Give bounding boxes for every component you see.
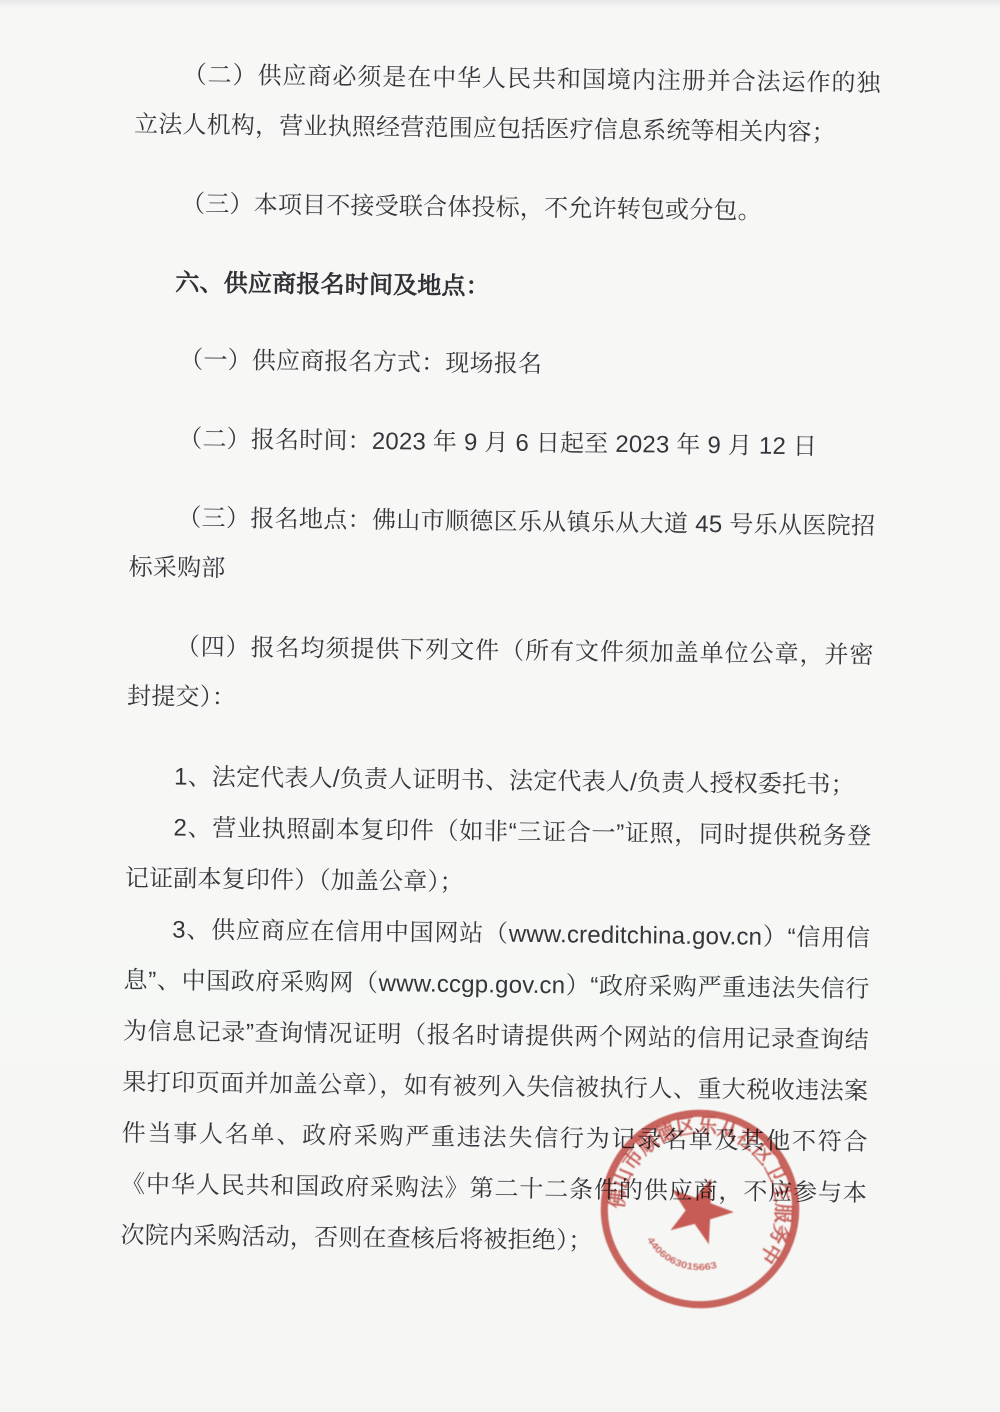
paragraph-registration-time: （二）报名时间：2023 年 9 月 6 日起至 2023 年 9 月 12 日: [130, 414, 877, 473]
section-heading-six: 六、供应商报名时间及地点：: [132, 258, 879, 317]
list-item-legal-representative: 1、法定代表人/负责人证明书、法定代表人/负责人授权委托书；: [126, 751, 873, 811]
paragraph-supplier-registration-requirement: （二）供应商必须是在中华人民共和国境内注册并合法运作的独立法人机构，营业执照经营…: [134, 50, 881, 159]
paragraph-documents-required: （四）报名均须提供下列文件（所有文件须加盖单位公章，并密封提交）：: [127, 622, 874, 731]
paragraph-no-consortium-bidding: （三）本项目不接受联合体投标，不允许转包或分包。: [133, 179, 880, 238]
list-item-business-license: 2、营业执照副本复印件（如非“三证合一”证照，同时提供税务登记证副本复印件）（加…: [125, 802, 872, 913]
paragraph-registration-method: （一）供应商报名方式：现场报名: [131, 335, 878, 394]
document-body: （二）供应商必须是在中华人民共和国境内注册并合法运作的独立法人机构，营业执照经营…: [120, 50, 881, 1270]
list-item-credit-record: 3、供应商应在信用中国网站（www.creditchina.gov.cn）“信用…: [120, 904, 870, 1270]
document-list: 1、法定代表人/负责人证明书、法定代表人/负责人授权委托书； 2、营业执照副本复…: [120, 751, 872, 1270]
document-page: （二）供应商必须是在中华人民共和国境内注册并合法运作的独立法人机构，营业执照经营…: [0, 0, 1000, 1412]
paragraph-registration-place: （三）报名地点：佛山市顺德区乐从镇乐从大道 45 号乐从医院招标采购部: [128, 493, 875, 602]
